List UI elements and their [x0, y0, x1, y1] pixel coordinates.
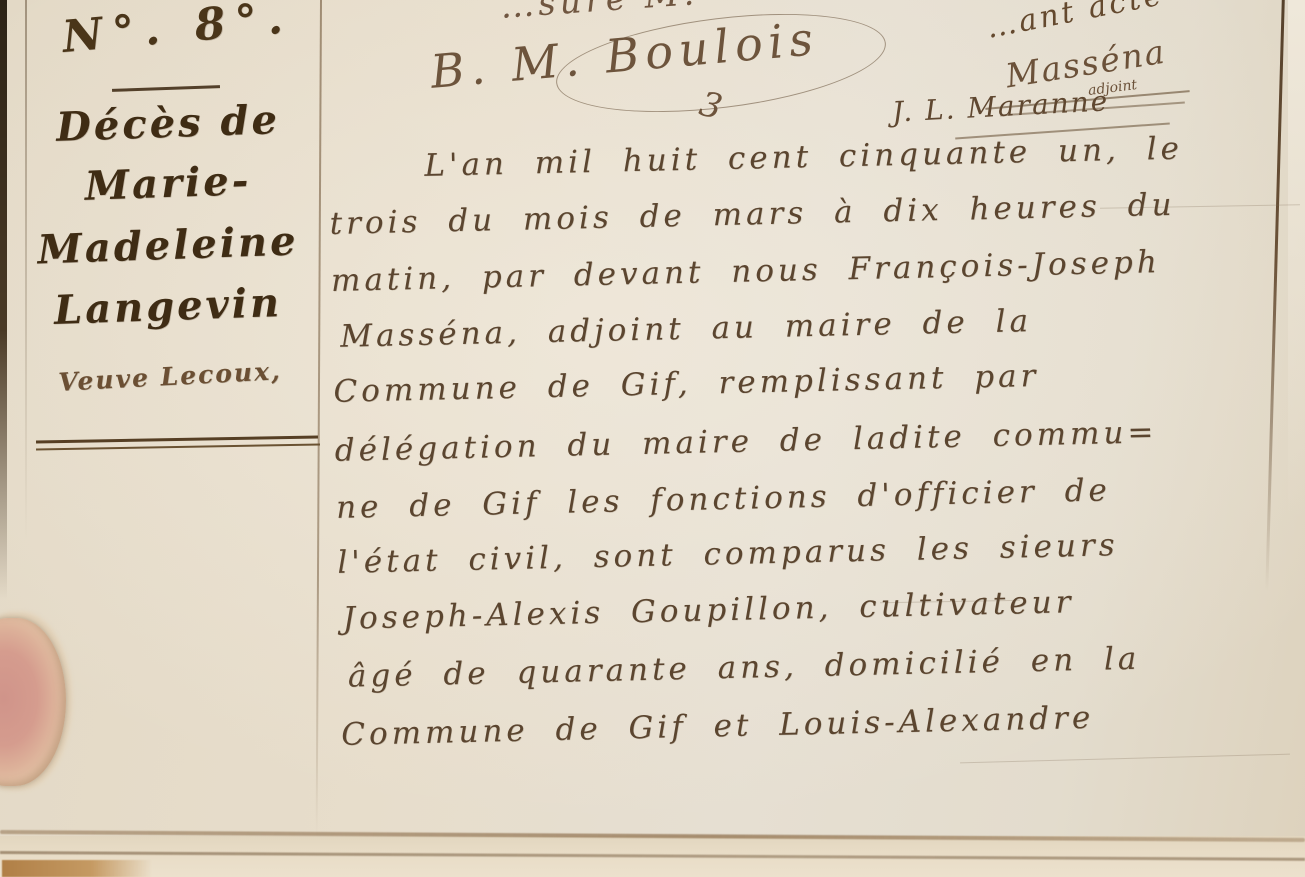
body-line: délégation du maire de ladite commu= — [334, 414, 1157, 469]
body-line: L'an mil huit cent cinquante un, le — [424, 131, 1183, 184]
body-line: Joseph-Alexis Goupillon, cultivateur — [342, 584, 1075, 637]
body-line: Commune de Gif et Louis-Alexandre — [341, 700, 1095, 753]
margin-title-line-2: Marie- — [27, 155, 308, 212]
margin-title-line-1: Décès de — [27, 95, 308, 152]
body-line: Masséna, adjoint au maire de la — [340, 303, 1033, 355]
body-line: ne de Gif les fonctions d'officier de — [336, 472, 1111, 526]
body-line: Commune de Gif, remplissant par — [333, 358, 1040, 410]
margin-double-rule — [36, 444, 320, 451]
margin-title-line-4: Langevin — [27, 278, 308, 335]
margin-title-line-3: Madeleine — [27, 217, 308, 274]
act-number-underline — [112, 85, 220, 92]
act-number: N°. 8°. — [60, 0, 294, 63]
body-line: l'état civil, sont comparus les sieurs — [337, 527, 1119, 581]
registry-page-photo: N°. 8°. Décès de Marie- Madeleine Langev… — [0, 0, 1305, 877]
left-inner-page-line — [25, 0, 27, 540]
cutoff-signature-fragment: …sure M. — [499, 0, 699, 27]
margin-double-rule — [36, 436, 318, 444]
margin-divider-rule — [316, 0, 322, 836]
body-line: matin, par devant nous François-Joseph — [331, 244, 1162, 299]
book-corner-edge — [2, 860, 152, 877]
body-line: âgé de quarante ans, domicilié en la — [348, 641, 1141, 695]
margin-widow-note: Veuve Lecoux, — [19, 354, 320, 399]
act-body-text: L'an mil huit cent cinquante un, le troi… — [328, 128, 1293, 799]
left-binding-edge — [0, 0, 7, 600]
maranne-signature: J. L. Maranne — [891, 84, 1110, 128]
next-page-sliver — [1288, 0, 1305, 520]
body-line: trois du mois de mars à dix heures du — [329, 187, 1176, 242]
